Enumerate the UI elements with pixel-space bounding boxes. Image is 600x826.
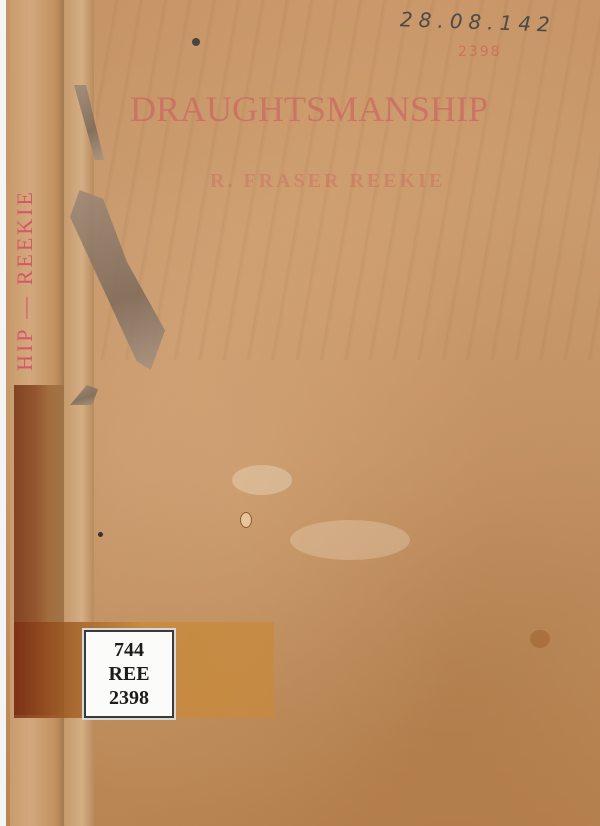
worn-spot (290, 520, 410, 560)
worn-spot (232, 465, 292, 495)
spine-title-text: HIP — REEKIE (12, 189, 38, 371)
hole-spot (240, 512, 252, 528)
call-number-class: 744 (114, 638, 144, 662)
book-title: DRAUGHTSMANSHIP (130, 88, 530, 130)
book-author: R. FRASER REEKIE (210, 170, 470, 193)
ink-spot (192, 38, 200, 46)
red-stamp-number: 2398 (458, 44, 502, 60)
spine-title: HIP — REEKIE (10, 150, 40, 410)
call-number-accession: 2398 (109, 686, 149, 710)
library-call-number-label: 744 REE 2398 (84, 630, 174, 718)
damp-stain (530, 630, 550, 648)
call-number-author-code: REE (108, 662, 149, 686)
ink-spot (98, 532, 103, 537)
